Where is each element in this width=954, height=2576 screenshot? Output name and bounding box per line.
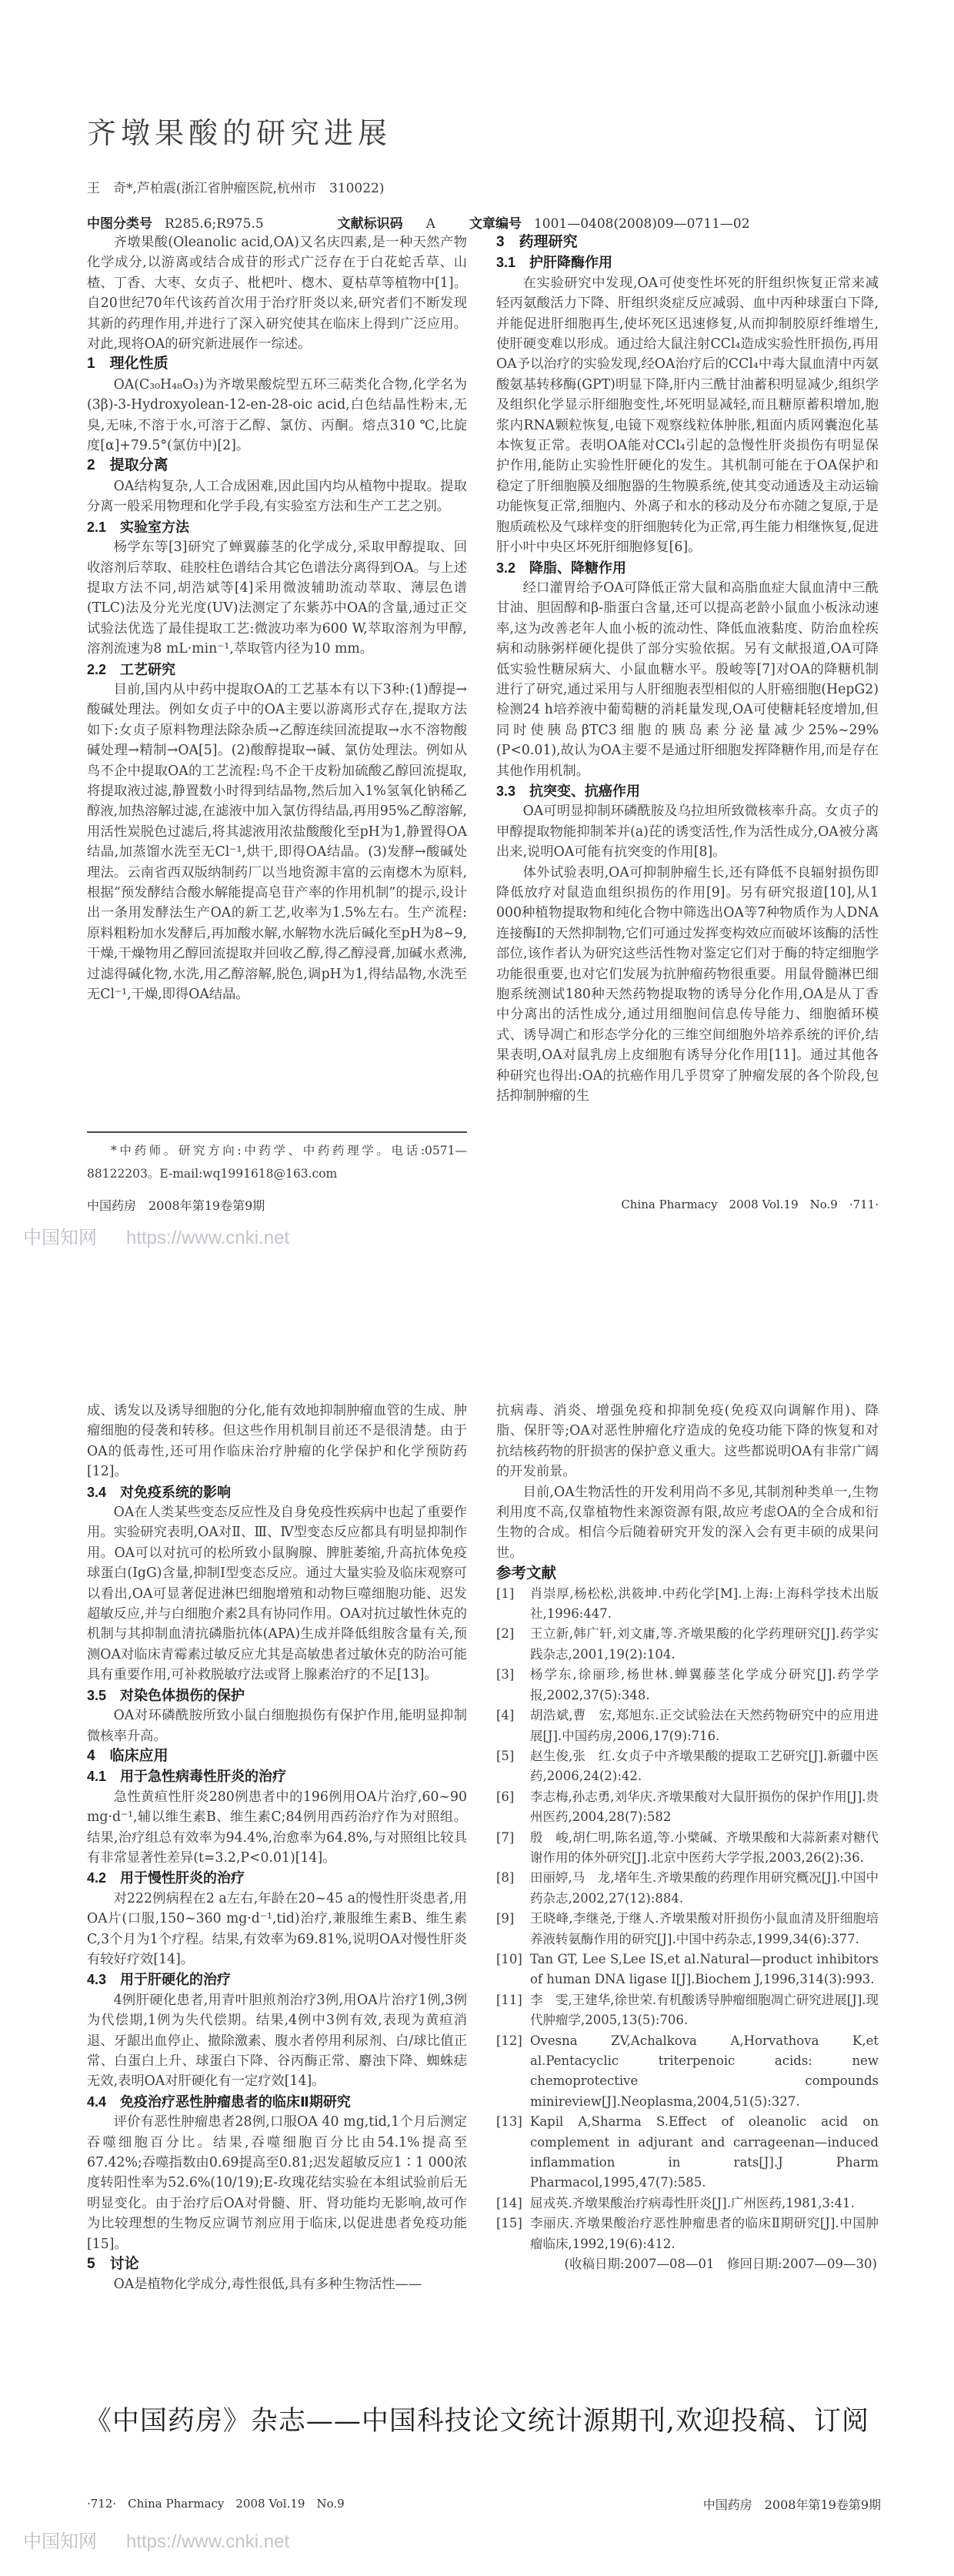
cnki-logo-text: 中国知网 <box>23 1228 97 1248</box>
reference-item: [6]李志梅,孙志勇,刘华庆.齐墩果酸对大鼠肝损伤的保护作用[J].贵州医药,2… <box>496 1787 879 1828</box>
reference-item: [11]李 雯,王建华,徐世荣.有机酸诱导肿瘤细胞凋亡研究进展[J].现代肿瘤学… <box>496 1990 879 2031</box>
cnki-url-text: https://www.cnki.net <box>126 2531 289 2552</box>
page1-right-column: 3 药理研究3.1 护肝降酶作用在实验研究中发现,OA可使变性坏死的肝组织恢复正… <box>496 232 879 1106</box>
paragraph: 杨学东等[3]研究了蝉翼藤茎的化学成分,采取甲醇提取、回收溶剂后萃取、硅胶柱色谱… <box>87 537 467 659</box>
reference-item: [5]赵生俊,张 红.女贞子中齐墩果酸的提取工艺研究[J].新疆中医药,2006… <box>496 1746 879 1787</box>
paragraph: 经口灌胃给予OA可降低正常大鼠和高脂血症大鼠血清中三酰甘油、胆固醇和β-脂蛋白含… <box>496 578 879 781</box>
reference-item: [12]Ovesna ZV,Achalkova A,Horvathova K,e… <box>496 2031 879 2113</box>
reference-text: 田丽婷,马 龙,堵年生.齐墩果酸的药理作用研究概况[J].中国中药杂志,2002… <box>530 1870 879 1905</box>
page2-right-column: 抗病毒、消炎、增强免疫和抑制免疫(免疫双向调解作用)、降脂、保肝等;OA对恶性肿… <box>496 1401 879 2274</box>
reference-text: 赵生俊,张 红.女贞子中齐墩果酸的提取工艺研究[J].新疆中医药,2006,24… <box>530 1749 879 1783</box>
reference-text: 屈戎英.齐墩果酸治疗病毒性肝炎[J].广州医药,1981,3:41. <box>530 2196 855 2210</box>
section-heading: 4 临床应用 <box>87 1746 467 1766</box>
page1-footer: 中国药房 2008年第19卷第9期 China Pharmacy 2008 Vo… <box>87 1196 879 1214</box>
paragraph: OA在人类某些变态反应性及自身免疫性疾病中也起了重要作用。实验研究表明,OA对Ⅱ… <box>87 1502 467 1686</box>
section-heading: 3.1 护肝降酶作用 <box>496 252 879 272</box>
clc-label: 中图分类号 <box>87 216 152 231</box>
reference-item: [2]王立新,韩广轩,刘文庸,等.齐墩果酸的化学药理研究[J].药学实践杂志,2… <box>496 1624 879 1665</box>
reference-item: [13]Kapil A,Sharma S.Effect of oleanolic… <box>496 2112 879 2193</box>
section-heading: 3.5 对染色体损伤的保护 <box>87 1686 467 1706</box>
author-footnote-text: *中药师。研究方向:中药学、中药药理学。电话:0571—88122203。E-m… <box>87 1139 467 1185</box>
reference-number: [15] <box>496 2213 522 2234</box>
reference-text: Kapil A,Sharma S.Effect of oleanolic aci… <box>530 2114 879 2190</box>
reference-item: [9]王晓峰,李继尧,于继人.齐墩果酸对肝损伤小鼠血清及肝细胞培养液转氨酶作用的… <box>496 1909 879 1950</box>
section-heading: 4.4 免疫治疗恶性肿瘤患者的临床Ⅱ期研究 <box>87 2092 467 2112</box>
section-heading: 2.2 工艺研究 <box>87 660 467 680</box>
cnki-watermark: 中国知网https://www.cnki.net <box>23 2526 289 2553</box>
reference-number: [9] <box>496 1909 514 1929</box>
reference-number: [8] <box>496 1868 514 1888</box>
reference-item: [15]李丽庆.齐墩果酸治疗恶性肿瘤患者的临床Ⅱ期研究[J].中国肿瘤临床,19… <box>496 2213 879 2254</box>
paragraph: OA结构复杂,人工合成困难,因此国内均从植物中提取。提取分离一般采用物理和化学手… <box>87 476 467 517</box>
section-heading: 4.1 用于急性病毒性肝炎的治疗 <box>87 1766 467 1786</box>
page2-left-column: 成、诱发以及诱导细胞的分化,能有效地抑制肿瘤血管的生成、肿瘤细胞的侵袭和转移。但… <box>87 1401 467 2295</box>
cnki-logo-text: 中国知网 <box>23 2531 97 2552</box>
paragraph: 抗病毒、消炎、增强免疫和抑制免疫(免疫双向调解作用)、降脂、保肝等;OA对恶性肿… <box>496 1401 879 1482</box>
references-heading: 参考文献 <box>496 1563 879 1583</box>
reference-text: 肖崇厚,杨松松,洪筱坤.中药化学[M].上海:上海科学技术出版社,1996:44… <box>530 1586 879 1621</box>
page2-footer-left: ·712· China Pharmacy 2008 Vol.19 No.9 <box>87 2495 345 2513</box>
cnki-watermark: 中国知网https://www.cnki.net <box>23 1222 289 1249</box>
article-meta-row: 中图分类号R285.6;R975.5文献标识码A文章编号1001—0408(20… <box>87 212 750 232</box>
page1-footer-right: China Pharmacy 2008 Vol.19 No.9 ·711· <box>621 1196 879 1214</box>
paragraph: OA对环磷酰胺所致小鼠白细胞损伤有保护作用,能明显抑制微核率升高。 <box>87 1706 467 1746</box>
section-heading: 3.2 降脂、降糖作用 <box>496 558 879 578</box>
section-heading: 3 药理研究 <box>496 232 879 252</box>
scanned-paper-page: { "article": { "title": "齐墩果酸的研究进展", "au… <box>0 0 954 2576</box>
reference-number: [2] <box>496 1624 514 1644</box>
section-heading: 4.2 用于慢性肝炎的治疗 <box>87 1868 467 1888</box>
reference-text: 李丽庆.齐墩果酸治疗恶性肿瘤患者的临床Ⅱ期研究[J].中国肿瘤临床,1992,1… <box>530 2216 879 2250</box>
reference-text: 王晓峰,李继尧,于继人.齐墩果酸对肝损伤小鼠血清及肝细胞培养液转氨酶作用的研究[… <box>530 1911 879 1946</box>
reference-text: 胡浩斌,曹 宏,郑旭东.正交试验法在天然药物研究中的应用进展[J].中国药房,2… <box>530 1708 879 1742</box>
reference-number: [10] <box>496 1950 522 1970</box>
reference-item: [7]殷 峻,胡仁明,陈名道,等.小檗碱、齐墩果酸和大蒜新素对糖代谢作用的体外研… <box>496 1828 879 1869</box>
reference-item: [4]胡浩斌,曹 宏,郑旭东.正交试验法在天然药物研究中的应用进展[J].中国药… <box>496 1706 879 1746</box>
paragraph: 成、诱发以及诱导细胞的分化,能有效地抑制肿瘤血管的生成、肿瘤细胞的侵袭和转移。但… <box>87 1401 467 1482</box>
reference-text: 王立新,韩广轩,刘文庸,等.齐墩果酸的化学药理研究[J].药学实践杂志,2001… <box>530 1626 879 1661</box>
reference-number: [7] <box>496 1828 514 1848</box>
reference-number: [14] <box>496 2193 522 2213</box>
section-heading: 3.4 对免疫系统的影响 <box>87 1482 467 1502</box>
reference-text: 殷 峻,胡仁明,陈名道,等.小檗碱、齐墩果酸和大蒜新素对糖代谢作用的体外研究[J… <box>530 1830 879 1865</box>
paragraph: 急性黄疸性肝炎280例患者中的196例用OA片治疗,60~90 mg·d⁻¹,辅… <box>87 1787 467 1869</box>
paragraph: OA(C₃₀H₄₈O₃)为齐墩果酸烷型五环三萜类化合物,化学名为(3β)-3-H… <box>87 375 467 456</box>
paragraph: 目前,OA生物活性的开发利用尚不多见,其制剂种类单一,生物利用度不高,仅靠植物性… <box>496 1482 879 1564</box>
reference-item: [8]田丽婷,马 龙,堵年生.齐墩果酸的药理作用研究概况[J].中国中药杂志,2… <box>496 1868 879 1909</box>
cnki-url-text: https://www.cnki.net <box>126 1228 289 1248</box>
reference-text: 李 雯,王建华,徐世荣.有机酸诱导肿瘤细胞凋亡研究进展[J].现代肿瘤学,200… <box>530 1993 879 2027</box>
page1-left-column: 齐墩果酸(Oleanolic acid,OA)又名庆四素,是一种天然产物化学成分… <box>87 232 467 1004</box>
journal-promo-banner: 《中国药房》杂志——中国科技论文统计源期刊,欢迎投稿、订阅 <box>0 2400 954 2438</box>
reference-item: [1]肖崇厚,杨松松,洪筱坤.中药化学[M].上海:上海科学技术出版社,1996… <box>496 1584 879 1625</box>
reference-number: [6] <box>496 1787 514 1807</box>
page2-footer-right: 中国药房 2008年第19卷第9期 <box>703 2495 881 2513</box>
section-heading: 3.3 抗突变、抗癌作用 <box>496 781 879 801</box>
reference-number: [3] <box>496 1665 514 1685</box>
paragraph: 目前,国内从中药中提取OA的工艺基本有以下3种:(1)醇提→酸碱处理法。例如女贞… <box>87 680 467 1005</box>
article-title: 齐墩果酸的研究进展 <box>87 109 392 152</box>
section-heading: 5 讨论 <box>87 2254 467 2274</box>
paragraph: OA可明显抑制环磷酰胺及乌拉坦所致微核率升高。女贞子的甲醇提取物能抑制苯并(a)… <box>496 801 879 862</box>
paragraph: 对222例病程在2 a左右,年龄在20~45 a的慢性肝炎患者,用OA片(口服,… <box>87 1889 467 1970</box>
paragraph: 评价有恶性肿瘤患者28例,口服OA 40 mg,tid,1个月后测定吞噬细胞百分… <box>87 2112 467 2254</box>
paragraph: OA是植物化学成分,毒性很低,具有多种生物活性—— <box>87 2274 467 2294</box>
reference-text: 李志梅,孙志勇,刘华庆.齐墩果酸对大鼠肝损伤的保护作用[J].贵州医药,2004… <box>530 1789 879 1824</box>
paragraph: 4例肝硬化患者,用青叶胆煎剂治疗3例,用OA片治疗1例,3例为代偿期,1例为失代… <box>87 1990 467 2092</box>
page1-footer-left: 中国药房 2008年第19卷第9期 <box>87 1196 265 1214</box>
reference-number: [5] <box>496 1746 514 1766</box>
section-heading: 2.1 实验室方法 <box>87 517 467 537</box>
reference-number: [4] <box>496 1706 514 1726</box>
article-authors: 王 奇*,芦柏震(浙江省肿瘤医院,杭州市 310022) <box>87 177 384 196</box>
reference-item: [10]Tan GT, Lee S,Lee IS,et al.Natural—p… <box>496 1950 879 1990</box>
reference-item: [3]杨学东,徐丽珍,杨世林.蝉翼藤茎化学成分研究[J].药学学报,2002,3… <box>496 1665 879 1706</box>
paragraph: 齐墩果酸(Oleanolic acid,OA)又名庆四素,是一种天然产物化学成分… <box>87 232 467 354</box>
doc-code-value: A <box>426 216 435 232</box>
reference-number: [12] <box>496 2031 522 2051</box>
reference-number: [1] <box>496 1584 514 1604</box>
reference-number: [11] <box>496 1990 522 2010</box>
clc-value: R285.6;R975.5 <box>165 216 264 232</box>
section-heading: 1 理化性质 <box>87 354 467 374</box>
doc-code-label: 文献标识码 <box>338 216 403 231</box>
received-dates: (收稿日期:2007—08—01 修回日期:2007—09—30) <box>496 2254 879 2274</box>
reference-number: [13] <box>496 2112 522 2132</box>
page2-footer: ·712· China Pharmacy 2008 Vol.19 No.9 中国… <box>87 2495 881 2513</box>
reference-text: Tan GT, Lee S,Lee IS,et al.Natural—produ… <box>530 1952 879 1986</box>
section-heading: 4.3 用于肝硬化的治疗 <box>87 1970 467 1990</box>
paragraph: 在实验研究中发现,OA可使变性坏死的肝组织恢复正常来减轻丙氨酸活力下降、肝组织炎… <box>496 273 879 558</box>
article-id-value: 1001—0408(2008)09—0711—02 <box>534 216 750 232</box>
reference-text: Ovesna ZV,Achalkova A,Horvathova K,et al… <box>530 2033 879 2109</box>
author-footnote: *中药师。研究方向:中药学、中药药理学。电话:0571—88122203。E-m… <box>87 1131 467 1185</box>
article-id-label: 文章编号 <box>469 216 522 231</box>
paragraph: 体外试验表明,OA可抑制肿瘤生长,还有降低不良辐射损伤即降低放疗对鼠造血组织损伤… <box>496 863 879 1107</box>
reference-item: [14]屈戎英.齐墩果酸治疗病毒性肝炎[J].广州医药,1981,3:41. <box>496 2193 879 2213</box>
reference-text: 杨学东,徐丽珍,杨世林.蝉翼藤茎化学成分研究[J].药学学报,2002,37(5… <box>530 1667 879 1702</box>
section-heading: 2 提取分离 <box>87 456 467 476</box>
